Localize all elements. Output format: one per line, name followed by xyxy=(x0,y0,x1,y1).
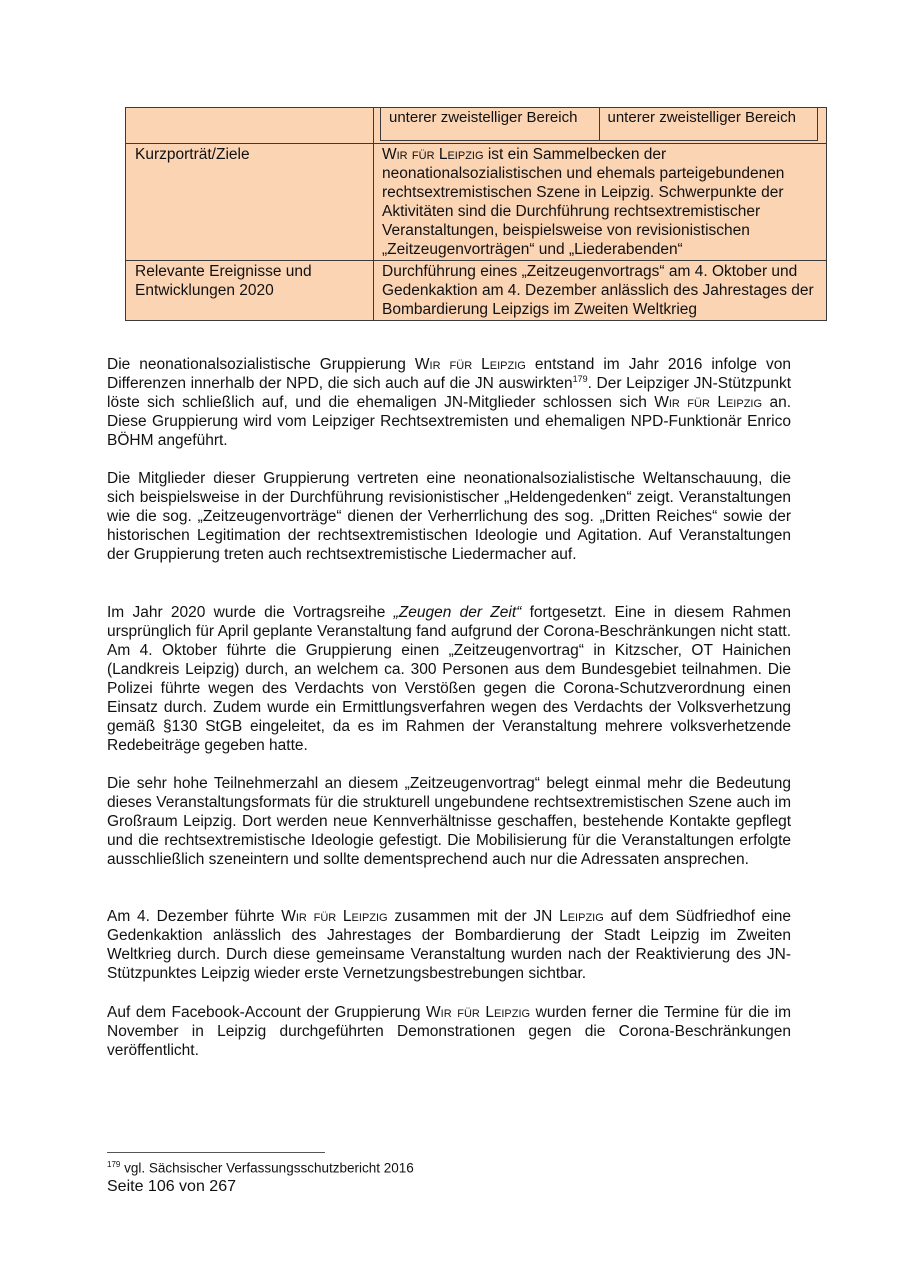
footnote-divider xyxy=(107,1152,325,1153)
paragraph-significance: Die sehr hohe Teilnehmerzahl an diesem „… xyxy=(107,774,791,869)
range-cell: unterer zweistelliger Bereich xyxy=(381,108,600,141)
table-value-cell: Durchführung eines „Zeitzeugenvortrags“ … xyxy=(374,261,827,321)
paragraph-events-2020: Im Jahr 2020 wurde die Vortragsreihe „Ze… xyxy=(107,603,791,755)
series-title: „Zeugen der Zeit“ xyxy=(394,604,522,621)
table-row: Kurzporträt/Ziele Wir für Leipzig ist ei… xyxy=(126,144,827,261)
table-value-cell: unterer zweistelliger Bereich unterer zw… xyxy=(374,108,827,144)
org-name: Wir für Leipzig xyxy=(654,394,762,411)
footnote: 179 vgl. Sächsischer Verfassungsschutzbe… xyxy=(107,1160,414,1176)
org-name: Leipzig xyxy=(559,908,604,925)
range-cell: unterer zweistelliger Bereich xyxy=(599,108,818,141)
table-row: Relevante Ereignisse und Entwicklungen 2… xyxy=(126,261,827,321)
paragraph-origin: Die neonationalsozialistische Gruppierun… xyxy=(107,355,791,450)
paragraph-december: Am 4. Dezember führte Wir für Leipzig zu… xyxy=(107,907,791,983)
table-label-cell: Relevante Ereignisse und Entwicklungen 2… xyxy=(126,261,374,321)
org-name: Wir für Leipzig xyxy=(281,908,387,925)
table-label-cell: Kurzporträt/Ziele xyxy=(126,144,374,261)
org-name: Wir für Leipzig xyxy=(382,146,484,163)
footnote-number: 179 xyxy=(107,1160,120,1169)
table-value-cell: Wir für Leipzig ist ein Sammelbecken der… xyxy=(374,144,827,261)
org-name: Wir für Leipzig xyxy=(426,1004,530,1021)
page-number: Seite 106 von 267 xyxy=(107,1178,236,1196)
table-label-cell xyxy=(126,108,374,144)
footnote-ref[interactable]: 179 xyxy=(573,374,588,384)
org-name: Wir für Leipzig xyxy=(415,356,526,373)
organization-profile-table: unterer zweistelliger Bereich unterer zw… xyxy=(125,107,827,321)
nested-range-table: unterer zweistelliger Bereich unterer zw… xyxy=(380,108,818,141)
paragraph-ideology: Die Mitglieder dieser Gruppierung vertre… xyxy=(107,469,791,564)
table-row: unterer zweistelliger Bereich unterer zw… xyxy=(126,108,827,144)
paragraph-facebook: Auf dem Facebook-Account der Gruppierung… xyxy=(107,1003,791,1060)
